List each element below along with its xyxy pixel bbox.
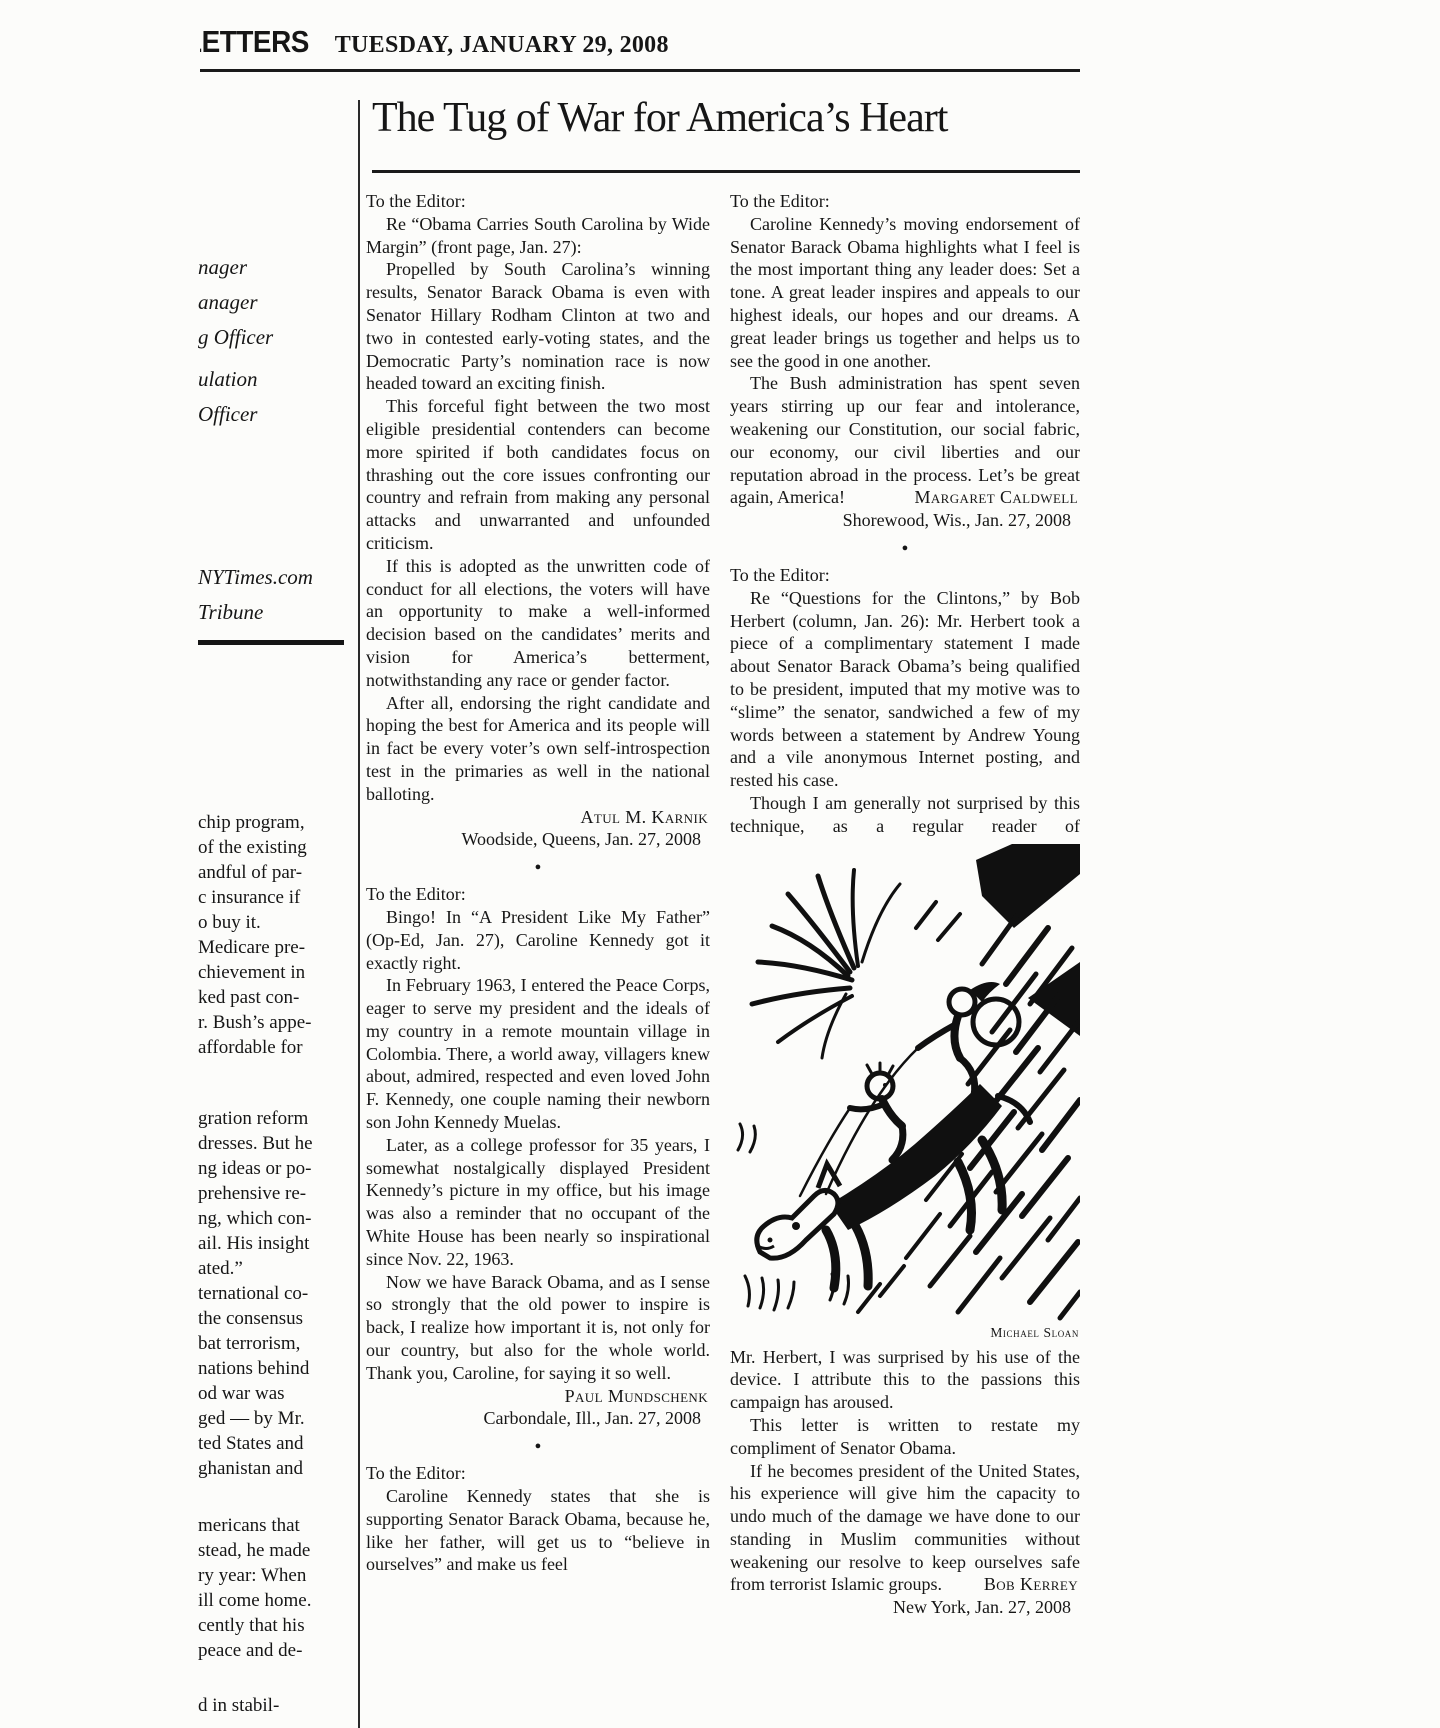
clipped-text-fragment: Tribune [198,595,352,630]
illustration-credit: Michael Sloan [730,1324,1079,1342]
letter-salutation: To the Editor: [730,564,1080,587]
letter-paragraph: In February 1963, I entered the Peace Co… [366,974,710,1134]
clipped-text-fragment: affordable for [198,1035,352,1060]
letter-paragraph: Caroline Kennedy’s moving endorsement of… [730,213,1080,373]
page-date: TUESDAY, JANUARY 29, 2008 [335,32,669,59]
clipped-text-fragment: of the existing [198,835,352,860]
letters-column-2: To the Editor:Caroline Kennedy’s moving … [730,190,1080,1619]
letter-salutation: To the Editor: [366,190,710,213]
clipped-text-fragment: r. Bush’s appe- [198,1010,352,1035]
clipped-text-fragment: Officer [198,397,352,432]
clipped-text-fragment: o buy it. [198,910,352,935]
section-label-clip: LETTERS [200,24,323,60]
letter-paragraph: Re “Obama Carries South Carolina by Wide… [366,213,710,259]
clipped-text-fragment: g Officer [198,320,352,355]
clipped-text-fragment: Medicare pre- [198,935,352,960]
letter-paragraph: Caroline Kennedy states that she is supp… [366,1485,710,1576]
clipped-text-fragment: cently that his [198,1613,352,1638]
clipped-paragraph: chip program,of the existingandful of pa… [198,810,352,1060]
clipped-text-fragment: ill come home. [198,1588,352,1613]
clipped-text-fragment: ng ideas or po- [198,1156,352,1181]
letter-salutation: To the Editor: [730,190,1080,213]
letter-paragraph: After all, endorsing the right candidate… [366,692,710,806]
clipped-text-fragment: ted States and [198,1431,352,1456]
clipped-text-fragment: bat terrorism, [198,1331,352,1356]
page-headline: The Tug of War for America’s Heart [372,94,947,142]
column-separator-rule [358,100,360,1728]
clipped-text-fragment: gration reform [198,1106,352,1131]
clipped-article-column: chip program,of the existingandful of pa… [198,810,352,1718]
clipped-text-fragment: ry year: When [198,1563,352,1588]
letter-signature: Atul M. Karnik [366,806,710,829]
masthead-site-fragments: NYTimes.comTribune [198,560,352,630]
clipped-text-fragment: ail. His insight [198,1231,352,1256]
masthead-staff-fragments: nageranagerg Officer [198,250,352,355]
clipped-text-fragment: c insurance if [198,885,352,910]
letter-paragraph: Re “Questions for the Clintons,” by Bob … [730,587,1080,792]
letter-location: Carbondale, Ill., Jan. 27, 2008 [366,1407,710,1430]
letter-paragraph: Bingo! In “A President Like My Father” (… [366,906,710,974]
letter-signature: Paul Mundschenk [366,1385,710,1408]
illustration-figure [730,844,1080,1322]
section-divider-bullet: ● [366,1436,710,1456]
masthead: LETTERS TUESDAY, JANUARY 29, 2008 [200,24,1080,72]
clipped-text-fragment: stead, he made [198,1538,352,1563]
clipped-text-fragment: andful of par- [198,860,352,885]
clipped-text-fragment: ulation [198,362,352,397]
headline-rule [372,170,1080,173]
section-divider-bullet: ● [730,538,1080,558]
clipped-paragraph: mericans thatstead, he madery year: When… [198,1513,352,1663]
letters-column-1: To the Editor:Re “Obama Carries South Ca… [366,190,710,1576]
clipped-text-fragment: chievement in [198,960,352,985]
clipped-paragraph: gration reformdresses. But heng ideas or… [198,1106,352,1481]
clipped-text-fragment: ked past con- [198,985,352,1010]
section-label: LETTERS [200,24,309,60]
letter-paragraph: This letter is written to restate my com… [730,1414,1080,1460]
clipped-text-fragment: ated.” [198,1256,352,1281]
section-divider-bullet: ● [366,857,710,877]
divider-rule [198,640,344,645]
clipped-text-fragment: peace and de- [198,1638,352,1663]
clipped-text-fragment: dresses. But he [198,1131,352,1156]
letter-location: Woodside, Queens, Jan. 27, 2008 [366,828,710,851]
clipped-text-fragment: d in stabil- [198,1693,352,1718]
clipped-text-fragment: nager [198,250,352,285]
letter-paragraph: This forceful fight between the two most… [366,395,710,555]
clipped-text-fragment: od war was [198,1381,352,1406]
letter-paragraph: Now we have Barack Obama, and as I sense… [366,1271,710,1385]
letter-location: New York, Jan. 27, 2008 [730,1596,1080,1619]
clipped-text-fragment: prehensive re- [198,1181,352,1206]
clipped-text-fragment: mericans that [198,1513,352,1538]
newspaper-letters-page: LETTERS TUESDAY, JANUARY 29, 2008 nagera… [0,0,1440,1728]
letter-paragraph: If this is adopted as the unwritten code… [366,555,710,692]
clipped-text-fragment: ternational co- [198,1281,352,1306]
letter-paragraph: Propelled by South Carolina’s winning re… [366,258,710,395]
clipped-text-fragment: ng, which con- [198,1206,352,1231]
clipped-text-fragment: chip program, [198,810,352,835]
masthead-staff-fragments: ulationOfficer [198,362,352,432]
letter-paragraph: Though I am generally not surprised by t… [730,792,1080,838]
letter-location: Shorewood, Wis., Jan. 27, 2008 [730,509,1080,532]
clipped-text-fragment: ghanistan and [198,1456,352,1481]
letter-salutation: To the Editor: [366,883,710,906]
tug-of-war-illustration [730,844,1080,1322]
clipped-text-fragment: NYTimes.com [198,560,352,595]
letter-paragraph: Later, as a college professor for 35 yea… [366,1134,710,1271]
clipped-text-fragment: nations behind [198,1356,352,1381]
clipped-text-fragment: ged — by Mr. [198,1406,352,1431]
clipped-text-fragment: anager [198,285,352,320]
letter-paragraph: Mr. Herbert, I was surprised by his use … [730,1346,1080,1414]
clipped-paragraph: d in stabil- [198,1693,352,1718]
clipped-text-fragment: the consensus [198,1306,352,1331]
letter-salutation: To the Editor: [366,1462,710,1485]
